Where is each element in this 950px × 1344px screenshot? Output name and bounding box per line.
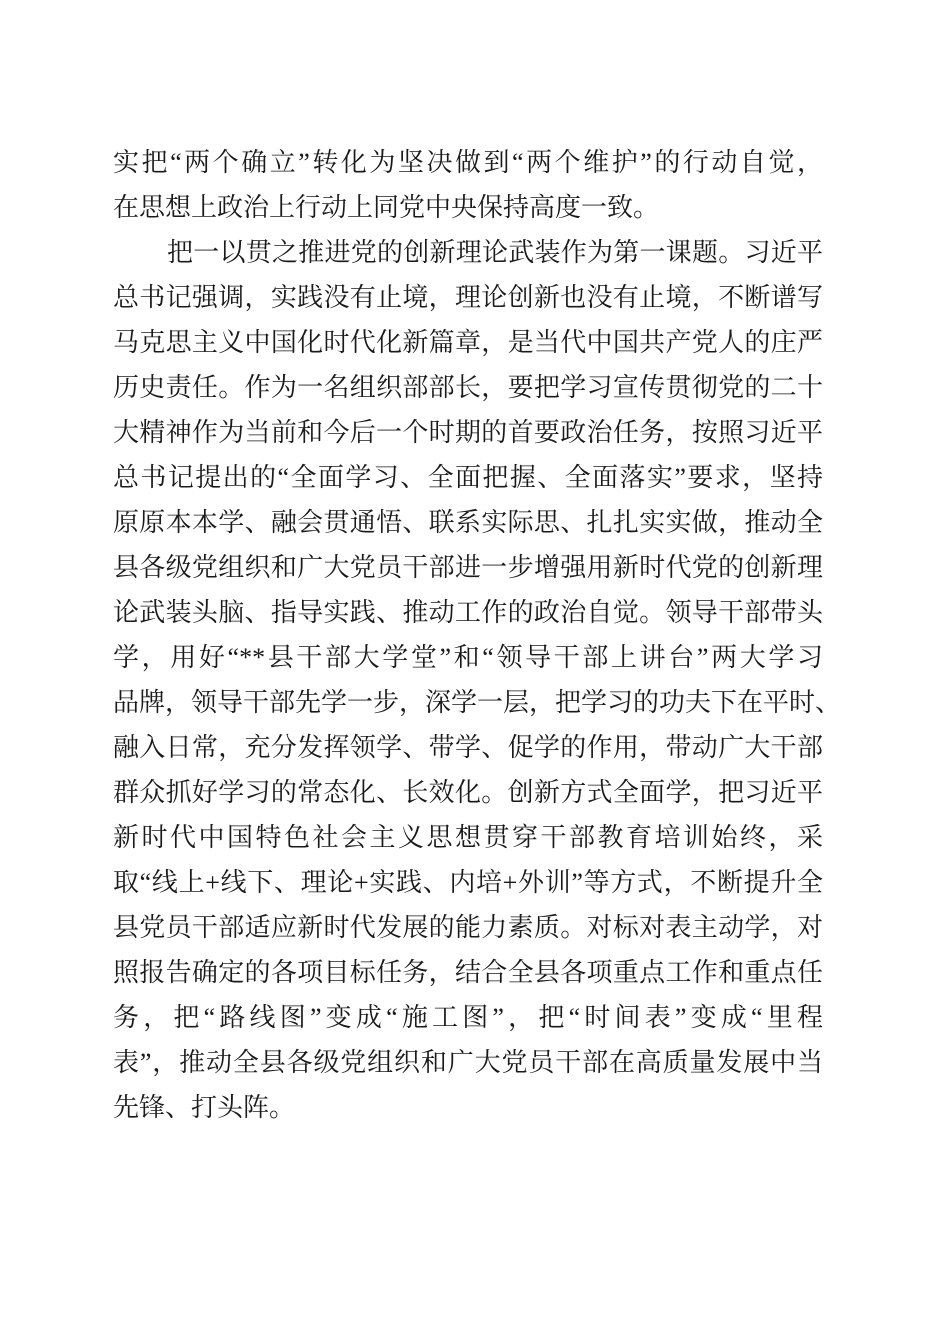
text-line: 论武装头脑、指导实践、推动工作的政治自觉。领导干部带头	[113, 590, 823, 635]
text-line: 融入日常，充分发挥领学、带学、促学的作用，带动广大干部	[113, 725, 823, 770]
document-body: 实把“两个确立”转化为坚决做到“两个维护”的行动自觉，在思想上政治上行动上同党中…	[113, 140, 823, 1130]
text-line: 总书记提出的“全面学习、全面把握、全面落实”要求，坚持	[113, 455, 823, 500]
text-line: 马克思主义中国化时代化新篇章，是当代中国共产党人的庄严	[113, 320, 823, 365]
text-line: 取“线上+线下、理论+实践、内培+外训”等方式，不断提升全	[113, 860, 823, 905]
text-line: 历史责任。作为一名组织部部长，要把学习宣传贯彻党的二十	[113, 365, 823, 410]
text-line: 大精神作为当前和今后一个时期的首要政治任务，按照习近平	[113, 410, 823, 455]
text-line: 在思想上政治上行动上同党中央保持高度一致。	[113, 185, 823, 230]
text-line: 学，用好“**县干部大学堂”和“领导干部上讲台”两大学习	[113, 635, 823, 680]
paragraph: 把一以贯之推进党的创新理论武装作为第一课题。习近平总书记强调，实践没有止境，理论…	[113, 230, 823, 1130]
text-line: 新时代中国特色社会主义思想贯穿干部教育培训始终，采	[113, 815, 823, 860]
text-line: 照报告确定的各项目标任务，结合全县各项重点工作和重点任	[113, 950, 823, 995]
text-line: 把一以贯之推进党的创新理论武装作为第一课题。习近平	[113, 230, 823, 275]
text-line: 县各级党组织和广大党员干部进一步增强用新时代党的创新理	[113, 545, 823, 590]
text-line: 品牌，领导干部先学一步，深学一层，把学习的功夫下在平时、	[113, 680, 823, 725]
paragraph: 实把“两个确立”转化为坚决做到“两个维护”的行动自觉，在思想上政治上行动上同党中…	[113, 140, 823, 230]
text-line: 表”，推动全县各级党组织和广大党员干部在高质量发展中当	[113, 1040, 823, 1085]
text-line: 务，把“路线图”变成“施工图”，把“时间表”变成“里程	[113, 995, 823, 1040]
text-line: 县党员干部适应新时代发展的能力素质。对标对表主动学，对	[113, 905, 823, 950]
text-line: 总书记强调，实践没有止境，理论创新也没有止境，不断谱写	[113, 275, 823, 320]
text-line: 原原本本学、融会贯通悟、联系实际思、扎扎实实做，推动全	[113, 500, 823, 545]
document-page: 实把“两个确立”转化为坚决做到“两个维护”的行动自觉，在思想上政治上行动上同党中…	[0, 0, 950, 1344]
text-line: 实把“两个确立”转化为坚决做到“两个维护”的行动自觉，	[113, 140, 823, 185]
text-line: 群众抓好学习的常态化、长效化。创新方式全面学，把习近平	[113, 770, 823, 815]
text-line: 先锋、打头阵。	[113, 1085, 823, 1130]
